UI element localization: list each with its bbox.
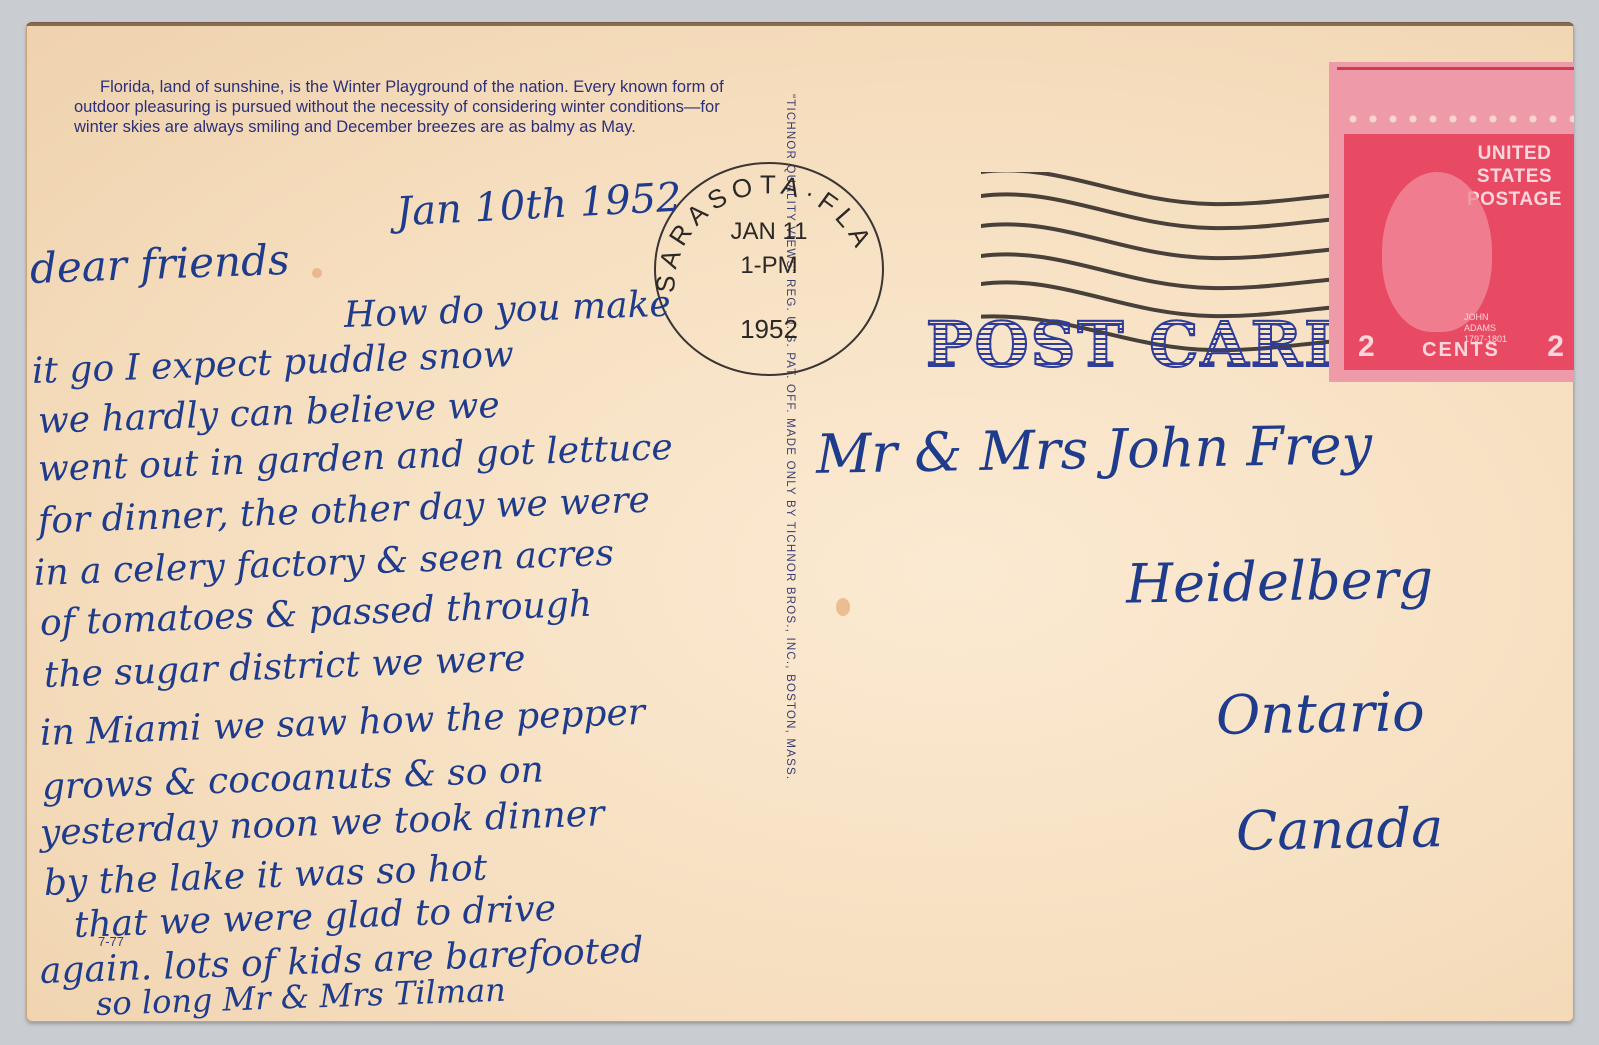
postage-stamp: UNITED STATES POSTAGE JOHN ADAMS 1797-18… <box>1329 62 1574 382</box>
stamp-design: UNITED STATES POSTAGE JOHN ADAMS 1797-18… <box>1344 134 1574 370</box>
stain <box>836 598 850 616</box>
message-line: How do you make <box>343 287 671 334</box>
address-recipient: Mr & Mrs John Frey <box>815 413 1372 486</box>
stamp-perforations <box>1343 114 1574 124</box>
postmark-time: 1-PM <box>656 252 882 280</box>
printed-blurb: Florida, land of sunshine, is the Winter… <box>74 77 744 137</box>
stamp-country: UNITED STATES POSTAGE <box>1467 142 1562 211</box>
message-line: in Miami we saw how the pepper <box>39 695 645 752</box>
stain <box>312 268 322 278</box>
message-line: dear friends <box>29 239 290 290</box>
message-line: we hardly can believe we <box>37 388 500 440</box>
address-country: Canada <box>1235 796 1443 863</box>
post-card-title: POST CARD <box>926 308 1336 381</box>
address-province: Ontario <box>1215 680 1425 747</box>
message-line: it go I expect puddle snow <box>31 337 514 390</box>
message-line: the sugar district we were <box>43 641 526 694</box>
message-line: for dinner, the other day we were <box>37 483 650 540</box>
stamp-denomination: 2 CENTS 2 <box>1358 330 1564 364</box>
postmark-year: 1952 <box>656 314 882 345</box>
stamp-selvage-line <box>1337 67 1574 70</box>
postcard-back: Florida, land of sunshine, is the Winter… <box>26 22 1574 1022</box>
postmark-date: JAN 11 <box>656 218 882 246</box>
message-line: of tomatoes & passed through <box>39 587 592 642</box>
message-line: in a celery factory & seen acres <box>33 536 614 592</box>
portrait-icon <box>1382 172 1492 332</box>
handwritten-date: Jan 10th 1952 <box>395 175 683 236</box>
postmark: SARASOTA·FLA JAN 11 1-PM 1952 <box>654 162 884 376</box>
card-edge <box>26 22 1574 26</box>
address-city: Heidelberg <box>1125 547 1433 615</box>
